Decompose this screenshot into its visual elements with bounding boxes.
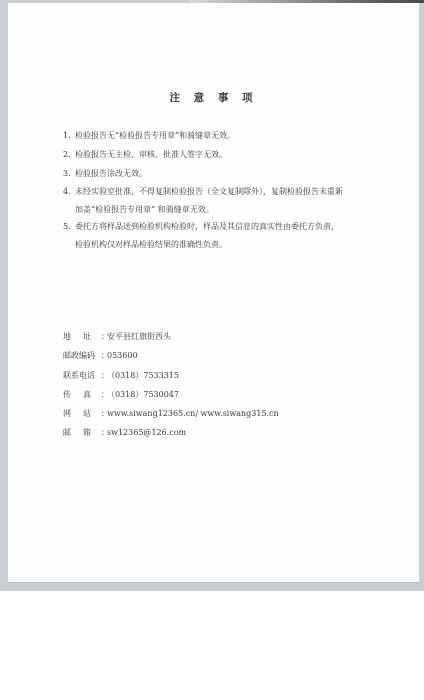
note-item-3: 3. 检验报告涂改无效。: [63, 165, 147, 183]
contact-postcode: 邮政编码：053600: [63, 346, 383, 365]
contact-label: 邮箱: [63, 423, 101, 442]
note-number: 3.: [63, 165, 71, 183]
note-text: 检验报告无主检、审核、批准人签字无效。: [75, 146, 227, 164]
contact-value: www.siwang12365.cn/ www.siwang315.cn: [107, 409, 279, 418]
contact-value: （0318）7533315: [107, 371, 179, 380]
contact-label: 联系电话: [63, 366, 101, 385]
contact-label: 邮政编码: [63, 346, 101, 365]
note-item-5: 5. 委托方将样品送到检验机构检验时，样品及其信息的真实性由委托方负责， 检验机…: [63, 218, 339, 254]
note-item-1: 1. 检验报告无“检验报告专用章”和骑缝章无效。: [63, 127, 235, 145]
contact-info: 地址：安平县红旗街西头 邮政编码：053600 联系电话：（0318）75333…: [63, 327, 383, 443]
note-number: 1.: [63, 127, 71, 145]
note-item-4: 4. 未经实验室批准，不得复制检验报告（全文复制除外），复制检验报告未重新 加盖…: [63, 183, 343, 219]
note-text-continued: 加盖“检验报告专用章” 和骑缝章无效。: [75, 201, 343, 219]
note-text-continued: 检验机构仅对样品检验结果的准确性负责。: [75, 236, 339, 254]
contact-website: 网站：www.siwang12365.cn/ www.siwang315.cn: [63, 404, 383, 423]
note-text: 检验报告涂改无效。: [75, 165, 147, 183]
contact-value: 053600: [107, 351, 138, 360]
contact-value: 安平县红旗街西头: [107, 332, 171, 341]
contact-label: 传真: [63, 385, 101, 404]
note-text: 委托方将样品送到检验机构检验时，样品及其信息的真实性由委托方负责，: [75, 218, 339, 236]
page-title: 注 意 事 项: [8, 90, 419, 105]
note-number: 2.: [63, 146, 71, 164]
contact-phone: 联系电话：（0318）7533315: [63, 366, 383, 385]
document-page: 注 意 事 项 1. 检验报告无“检验报告专用章”和骑缝章无效。 2. 检验报告…: [8, 3, 419, 583]
contact-label: 地址: [63, 327, 101, 346]
note-item-2: 2. 检验报告无主检、审核、批准人签字无效。: [63, 146, 227, 164]
contact-value: （0318）7530047: [107, 390, 179, 399]
contact-label: 网站: [63, 404, 101, 423]
note-number: 5.: [63, 218, 71, 236]
note-text: 检验报告无“检验报告专用章”和骑缝章无效。: [75, 127, 235, 145]
contact-value: sw12365@126.com: [107, 428, 186, 437]
contact-address: 地址：安平县红旗街西头: [63, 327, 383, 346]
contact-email: 邮箱：sw12365@126.com: [63, 423, 383, 442]
note-text: 未经实验室批准，不得复制检验报告（全文复制除外），复制检验报告未重新: [75, 183, 343, 201]
contact-fax: 传真：（0318）7530047: [63, 385, 383, 404]
note-number: 4.: [63, 183, 71, 201]
